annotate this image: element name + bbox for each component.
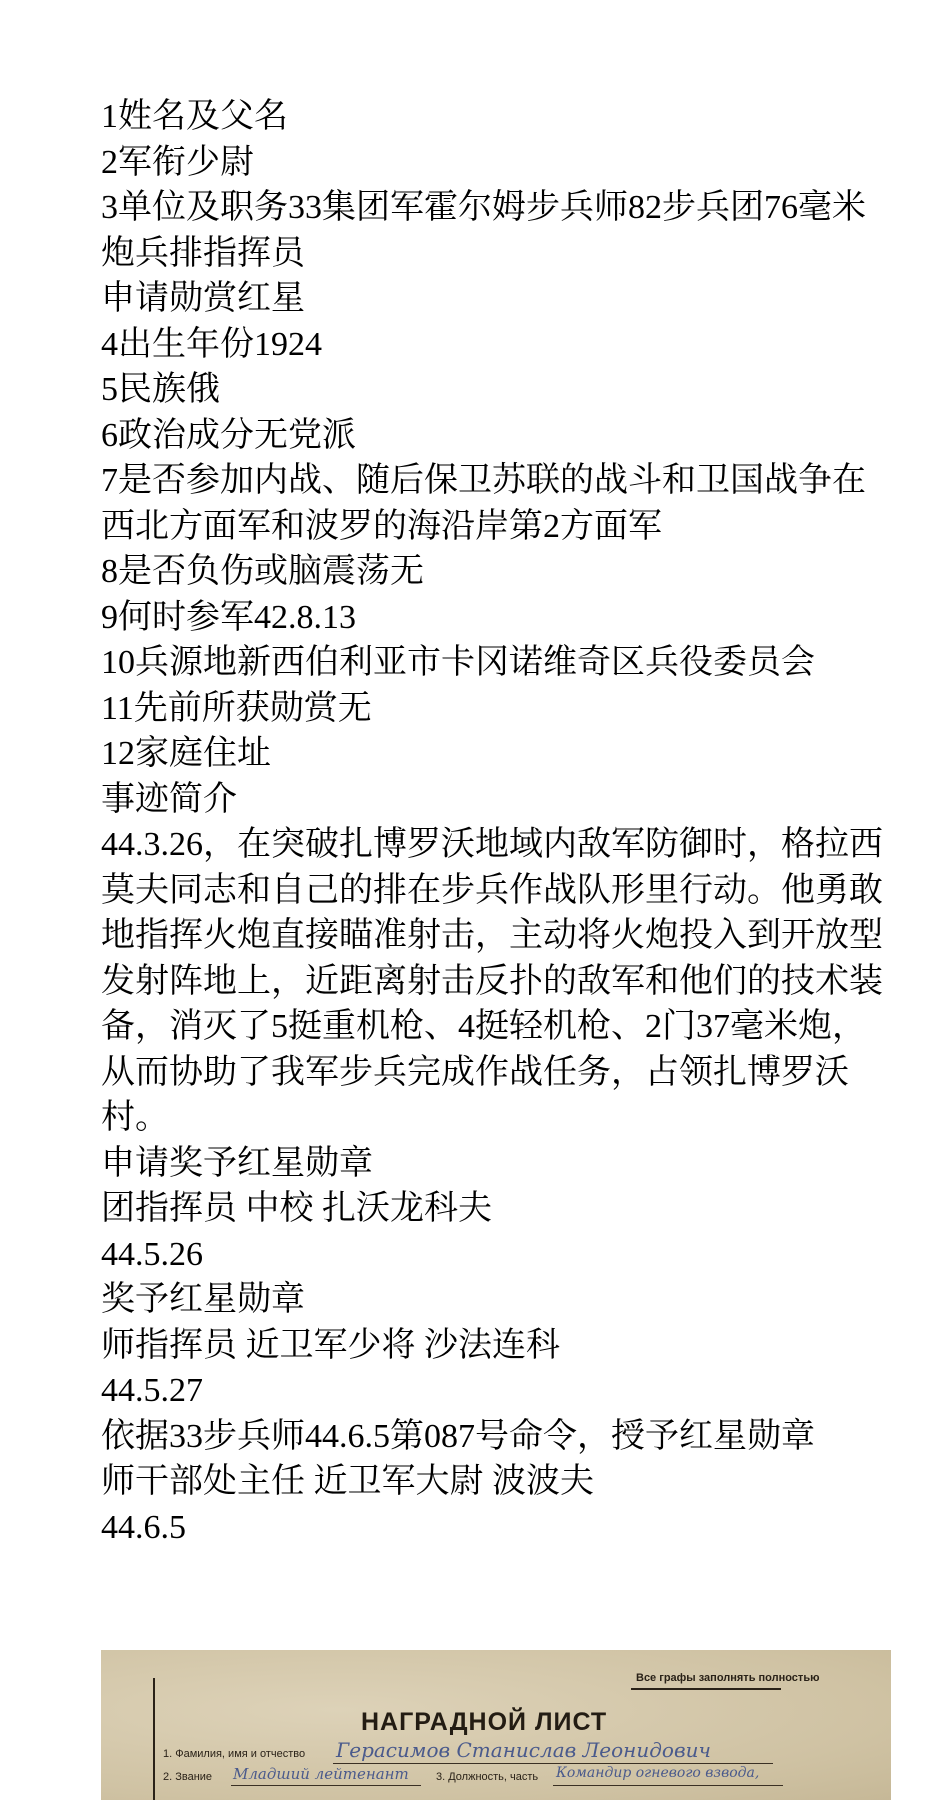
scan-row1-value: Герасимов Станислав Леонидович <box>336 1738 711 1762</box>
row1-underline <box>333 1763 773 1764</box>
personnel-chief-signature: 师干部处主任 近卫军大尉 波波夫 <box>101 1459 891 1505</box>
field-home-address: 12家庭住址 <box>101 731 891 777</box>
field-rank: 2军衔少尉 <box>101 140 891 186</box>
row3-underline <box>553 1785 783 1786</box>
scan-row3-value: Командир огневого взвода, <box>556 1765 759 1781</box>
row2-underline <box>231 1785 421 1786</box>
field-nationality: 5民族俄 <box>101 367 891 413</box>
field-party: 6政治成分无党派 <box>101 413 891 459</box>
order-reference: 依据33步兵师44.6.5第087号命令，授予红星勋章 <box>101 1414 891 1460</box>
top-note-underline <box>631 1688 781 1690</box>
field-wounds: 8是否负伤或脑震荡无 <box>101 549 891 595</box>
regiment-recommendation: 申请奖予红星勋章 <box>101 1141 891 1187</box>
scan-title: НАГРАДНОЙ ЛИСТ <box>361 1708 607 1737</box>
regiment-date: 44.5.26 <box>101 1232 891 1278</box>
deeds-heading: 事迹简介 <box>101 777 891 823</box>
deeds-description: 44.3.26，在突破扎博罗沃地域内敌军防御时，格拉西莫夫同志和自己的排在步兵作… <box>101 822 891 1141</box>
regiment-commander-signature: 团指挥员 中校 扎沃龙科夫 <box>101 1186 891 1232</box>
award-requested: 申请勋赏红星 <box>101 276 891 322</box>
field-previous-awards: 11先前所获勋赏无 <box>101 686 891 732</box>
translated-award-text: 1姓名及父名 2军衔少尉 3单位及职务33集团军霍尔姆步兵师82步兵团76毫米炮… <box>101 94 891 1550</box>
scan-row1-label: 1. Фамилия, имя и отчество <box>163 1748 305 1760</box>
scan-row2-label: 2. Звание <box>163 1771 212 1783</box>
field-unit-position: 3单位及职务33集团军霍尔姆步兵师82步兵团76毫米炮兵排指挥员 <box>101 185 891 276</box>
division-date: 44.5.27 <box>101 1368 891 1414</box>
division-commander-signature: 师指挥员 近卫军少将 沙法连科 <box>101 1323 891 1369</box>
scan-top-note: Все графы заполнять полностью <box>636 1672 819 1684</box>
scan-row2-value: Младший лейтенант <box>233 1765 409 1783</box>
field-war-participation: 7是否参加内战、随后保卫苏联的战斗和卫国战争在西北方面军和波罗的海沿岸第2方面军 <box>101 458 891 549</box>
division-recommendation: 奖予红星勋章 <box>101 1277 891 1323</box>
award-sheet-scan-image: Все графы заполнять полностью НАГРАДНОЙ … <box>101 1650 891 1800</box>
scan-row3-label: 3. Должность, часть <box>436 1771 538 1783</box>
order-date: 44.6.5 <box>101 1505 891 1551</box>
margin-rule <box>153 1678 155 1800</box>
field-name: 1姓名及父名 <box>101 94 891 140</box>
field-conscription-office: 10兵源地新西伯利亚市卡冈诺维奇区兵役委员会 <box>101 640 891 686</box>
field-birth-year: 4出生年份1924 <box>101 322 891 368</box>
field-enlistment-date: 9何时参军42.8.13 <box>101 595 891 641</box>
